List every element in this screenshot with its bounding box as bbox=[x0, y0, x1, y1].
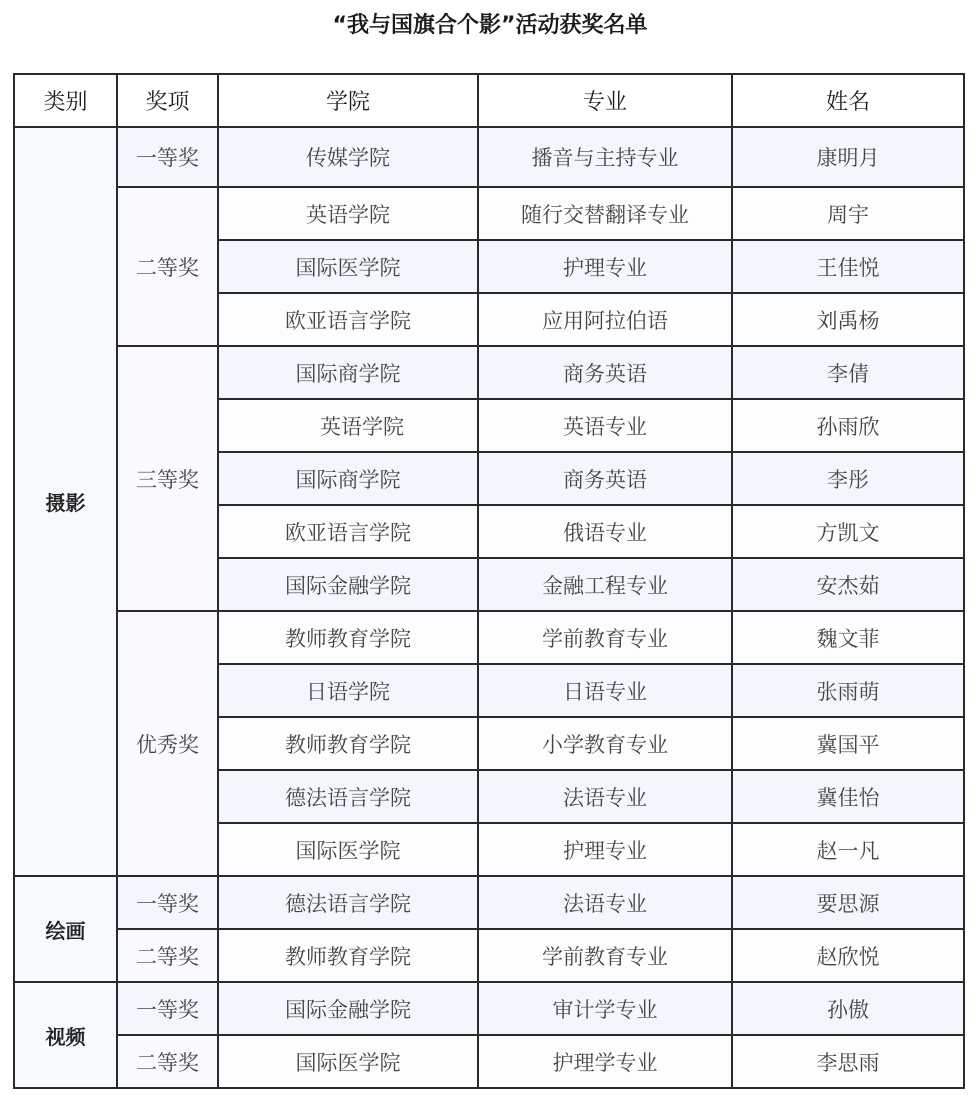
college-cell: 英语学院 bbox=[218, 399, 478, 452]
awards-table: 类别 奖项 学院 专业 姓名 摄影 一等奖 传媒学院 播音与主持专业 康明月 二… bbox=[13, 73, 965, 1089]
award-cell: 二等奖 bbox=[117, 187, 218, 346]
award-cell: 三等奖 bbox=[117, 346, 218, 611]
college-cell: 教师教育学院 bbox=[218, 717, 478, 770]
college-cell: 国际商学院 bbox=[218, 452, 478, 505]
major-cell: 审计学专业 bbox=[478, 982, 732, 1035]
name-cell: 要思源 bbox=[732, 876, 964, 929]
header-major: 专业 bbox=[478, 74, 732, 127]
table-row: 优秀奖 教师教育学院 学前教育专业 魏文菲 bbox=[14, 611, 964, 664]
name-cell: 刘禹杨 bbox=[732, 293, 964, 346]
table-row: 摄影 一等奖 传媒学院 播音与主持专业 康明月 bbox=[14, 127, 964, 187]
major-cell: 学前教育专业 bbox=[478, 611, 732, 664]
name-cell: 李思雨 bbox=[732, 1035, 964, 1088]
name-cell: 安杰茹 bbox=[732, 558, 964, 611]
table-row: 视频 一等奖 国际金融学院 审计学专业 孙傲 bbox=[14, 982, 964, 1035]
major-cell: 英语专业 bbox=[478, 399, 732, 452]
table-row: 三等奖 国际商学院 商务英语 李倩 bbox=[14, 346, 964, 399]
name-cell: 魏文菲 bbox=[732, 611, 964, 664]
name-cell: 张雨萌 bbox=[732, 664, 964, 717]
category-cell: 视频 bbox=[14, 982, 117, 1088]
name-cell: 冀国平 bbox=[732, 717, 964, 770]
college-cell: 国际医学院 bbox=[218, 823, 478, 876]
name-cell: 冀佳怡 bbox=[732, 770, 964, 823]
name-cell: 康明月 bbox=[732, 127, 964, 187]
major-cell: 商务英语 bbox=[478, 452, 732, 505]
major-cell: 播音与主持专业 bbox=[478, 127, 732, 187]
major-cell: 随行交替翻译专业 bbox=[478, 187, 732, 240]
college-cell: 德法语言学院 bbox=[218, 876, 478, 929]
name-cell: 孙雨欣 bbox=[732, 399, 964, 452]
college-cell: 国际商学院 bbox=[218, 346, 478, 399]
college-cell: 德法语言学院 bbox=[218, 770, 478, 823]
major-cell: 金融工程专业 bbox=[478, 558, 732, 611]
award-cell: 一等奖 bbox=[117, 127, 218, 187]
major-cell: 护理专业 bbox=[478, 823, 732, 876]
major-cell: 日语专业 bbox=[478, 664, 732, 717]
major-cell: 小学教育专业 bbox=[478, 717, 732, 770]
header-category: 类别 bbox=[14, 74, 117, 127]
award-cell: 优秀奖 bbox=[117, 611, 218, 876]
major-cell: 俄语专业 bbox=[478, 505, 732, 558]
table-row: 二等奖 国际医学院 护理学专业 李思雨 bbox=[14, 1035, 964, 1088]
award-cell: 二等奖 bbox=[117, 1035, 218, 1088]
college-cell: 日语学院 bbox=[218, 664, 478, 717]
major-cell: 学前教育专业 bbox=[478, 929, 732, 982]
name-cell: 孙傲 bbox=[732, 982, 964, 1035]
name-cell: 王佳悦 bbox=[732, 240, 964, 293]
college-cell: 国际金融学院 bbox=[218, 558, 478, 611]
name-cell: 赵欣悦 bbox=[732, 929, 964, 982]
name-cell: 赵一凡 bbox=[732, 823, 964, 876]
major-cell: 护理专业 bbox=[478, 240, 732, 293]
category-cell: 绘画 bbox=[14, 876, 117, 982]
header-college: 学院 bbox=[218, 74, 478, 127]
major-cell: 护理学专业 bbox=[478, 1035, 732, 1088]
major-cell: 法语专业 bbox=[478, 770, 732, 823]
major-cell: 应用阿拉伯语 bbox=[478, 293, 732, 346]
table-header-row: 类别 奖项 学院 专业 姓名 bbox=[14, 74, 964, 127]
college-cell: 教师教育学院 bbox=[218, 611, 478, 664]
college-cell: 欧亚语言学院 bbox=[218, 505, 478, 558]
award-cell: 一等奖 bbox=[117, 876, 218, 929]
award-cell: 二等奖 bbox=[117, 929, 218, 982]
major-cell: 商务英语 bbox=[478, 346, 732, 399]
college-cell: 英语学院 bbox=[218, 187, 478, 240]
table-row: 二等奖 英语学院 随行交替翻译专业 周宇 bbox=[14, 187, 964, 240]
header-award: 奖项 bbox=[117, 74, 218, 127]
name-cell: 周宇 bbox=[732, 187, 964, 240]
table-row: 绘画 一等奖 德法语言学院 法语专业 要思源 bbox=[14, 876, 964, 929]
page-title: “我与国旗合个影”活动获奖名单 bbox=[0, 8, 980, 39]
name-cell: 李彤 bbox=[732, 452, 964, 505]
college-cell: 国际医学院 bbox=[218, 1035, 478, 1088]
major-cell: 法语专业 bbox=[478, 876, 732, 929]
college-cell: 国际医学院 bbox=[218, 240, 478, 293]
college-cell: 国际金融学院 bbox=[218, 982, 478, 1035]
name-cell: 方凯文 bbox=[732, 505, 964, 558]
header-name: 姓名 bbox=[732, 74, 964, 127]
college-cell: 教师教育学院 bbox=[218, 929, 478, 982]
college-cell: 传媒学院 bbox=[218, 127, 478, 187]
table-row: 二等奖 教师教育学院 学前教育专业 赵欣悦 bbox=[14, 929, 964, 982]
college-cell: 欧亚语言学院 bbox=[218, 293, 478, 346]
category-cell: 摄影 bbox=[14, 127, 117, 876]
name-cell: 李倩 bbox=[732, 346, 964, 399]
award-cell: 一等奖 bbox=[117, 982, 218, 1035]
